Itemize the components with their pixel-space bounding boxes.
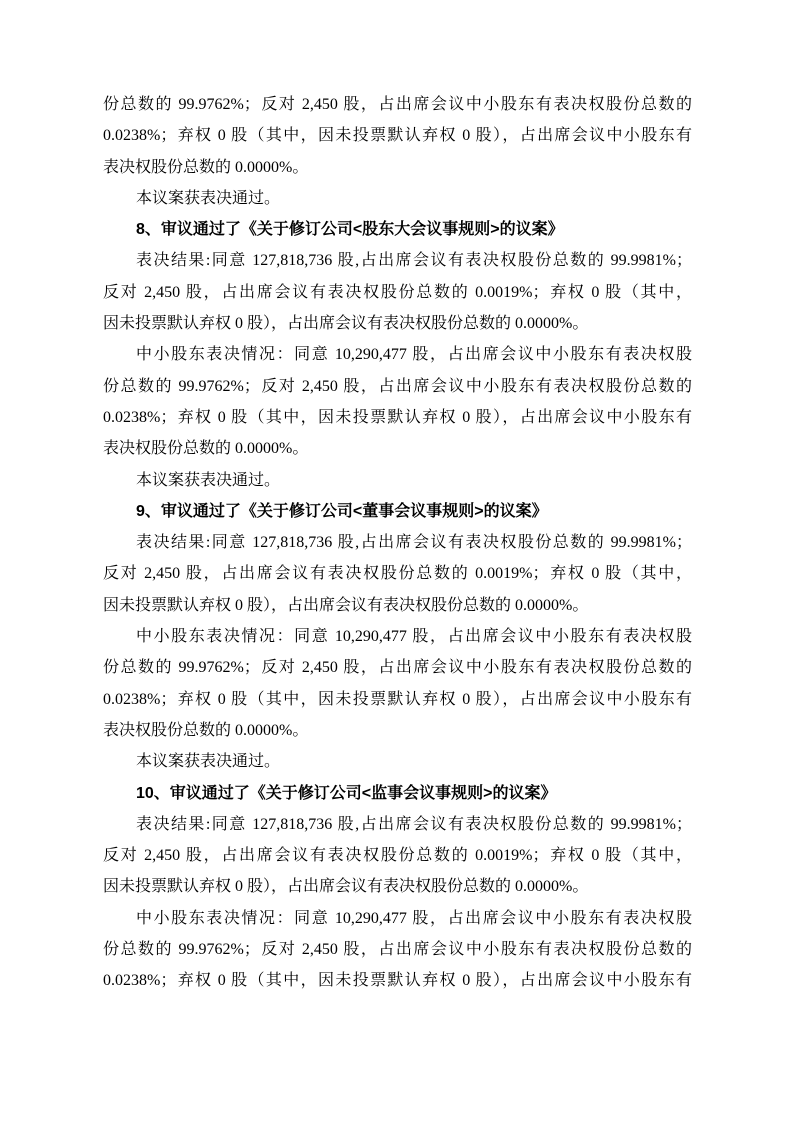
document-body: 份总数的 99.9762%；反对 2,450 股，占出席会议中小股东有表决权股份… — [103, 89, 692, 997]
proposal-9-title: 9、审议通过了《关于修订公司<董事会议事规则>的议案》 — [103, 496, 692, 527]
continued-minority-vote-line: 表决权股份总数的 0.0000%。 — [103, 152, 692, 183]
proposal-10-title: 10、审议通过了《关于修订公司<监事会议事规则>的议案》 — [103, 778, 692, 809]
proposal-8-title: 8、审议通过了《关于修订公司<股东大会议事规则>的议案》 — [103, 214, 692, 245]
minority-vote-line: 中小股东表决情况：同意 10,290,477 股，占出席会议中小股东有表决权股 — [103, 903, 692, 934]
vote-result-line: 因未投票默认弃权 0 股），占出席会议有表决权股份总数的 0.0000%。 — [103, 308, 692, 339]
minority-vote-line: 中小股东表决情况：同意 10,290,477 股，占出席会议中小股东有表决权股 — [103, 339, 692, 370]
minority-vote-line: 表决权股份总数的 0.0000%。 — [103, 715, 692, 746]
vote-result-line: 因未投票默认弃权 0 股），占出席会议有表决权股份总数的 0.0000%。 — [103, 871, 692, 902]
vote-result-line: 表决结果:同意 127,818,736 股,占出席会议有表决权股份总数的 99.… — [103, 527, 692, 558]
vote-result-line: 表决结果:同意 127,818,736 股,占出席会议有表决权股份总数的 99.… — [103, 245, 692, 276]
document-page: 份总数的 99.9762%；反对 2,450 股，占出席会议中小股东有表决权股份… — [0, 0, 793, 1122]
minority-vote-line: 0.0238%；弃权 0 股（其中，因未投票默认弃权 0 股），占出席会议中小股… — [103, 965, 692, 996]
vote-result-line: 反对 2,450 股，占出席会议有表决权股份总数的 0.0019%；弃权 0 股… — [103, 558, 692, 589]
vote-result-line: 反对 2,450 股，占出席会议有表决权股份总数的 0.0019%；弃权 0 股… — [103, 840, 692, 871]
vote-result-line: 因未投票默认弃权 0 股），占出席会议有表决权股份总数的 0.0000%。 — [103, 590, 692, 621]
minority-vote-line: 0.0238%；弃权 0 股（其中，因未投票默认弃权 0 股），占出席会议中小股… — [103, 402, 692, 433]
continued-minority-vote-line: 0.0238%；弃权 0 股（其中，因未投票默认弃权 0 股），占出席会议中小股… — [103, 120, 692, 151]
pass-note: 本议案获表决通过。 — [103, 746, 692, 777]
minority-vote-line: 份总数的 99.9762%；反对 2,450 股，占出席会议中小股东有表决权股份… — [103, 934, 692, 965]
vote-result-line: 反对 2,450 股，占出席会议有表决权股份总数的 0.0019%；弃权 0 股… — [103, 277, 692, 308]
pass-note: 本议案获表决通过。 — [103, 183, 692, 214]
minority-vote-line: 0.0238%；弃权 0 股（其中，因未投票默认弃权 0 股），占出席会议中小股… — [103, 684, 692, 715]
minority-vote-line: 份总数的 99.9762%；反对 2,450 股，占出席会议中小股东有表决权股份… — [103, 652, 692, 683]
vote-result-line: 表决结果:同意 127,818,736 股,占出席会议有表决权股份总数的 99.… — [103, 809, 692, 840]
continued-minority-vote-line: 份总数的 99.9762%；反对 2,450 股，占出席会议中小股东有表决权股份… — [103, 89, 692, 120]
minority-vote-line: 份总数的 99.9762%；反对 2,450 股，占出席会议中小股东有表决权股份… — [103, 371, 692, 402]
pass-note: 本议案获表决通过。 — [103, 465, 692, 496]
minority-vote-line: 中小股东表决情况：同意 10,290,477 股，占出席会议中小股东有表决权股 — [103, 621, 692, 652]
minority-vote-line: 表决权股份总数的 0.0000%。 — [103, 433, 692, 464]
